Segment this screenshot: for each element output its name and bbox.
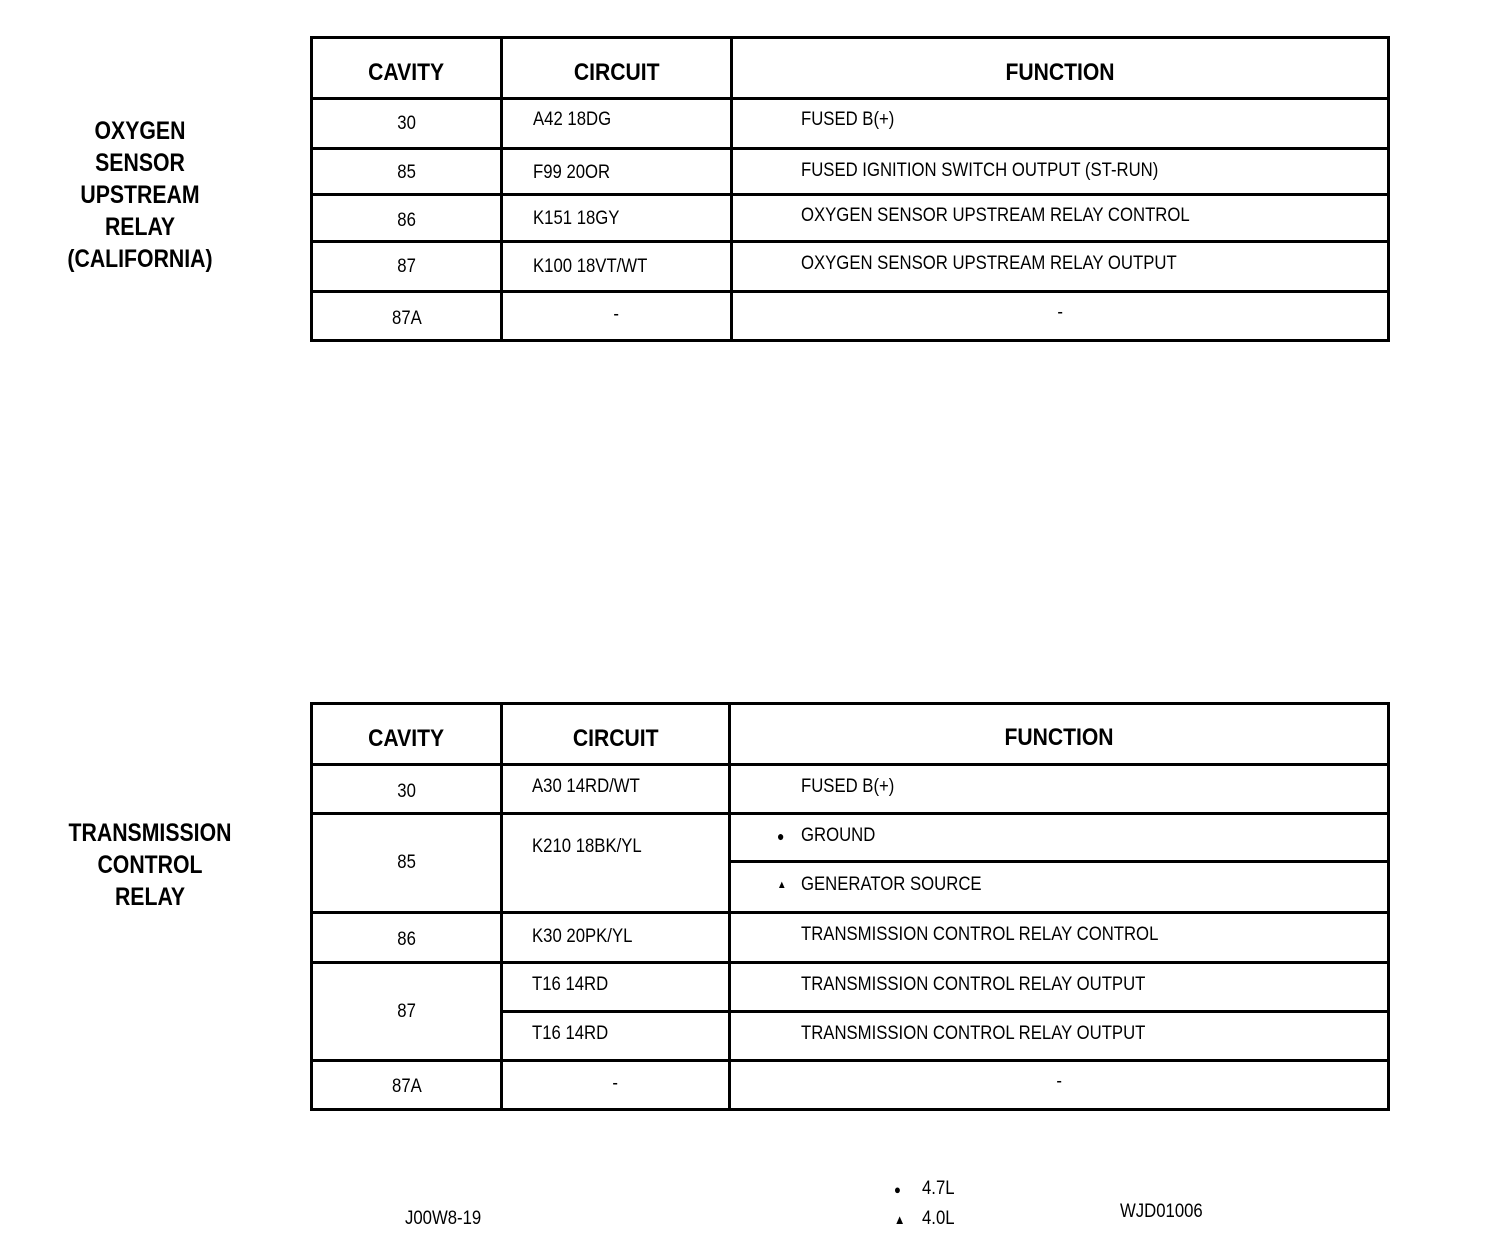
circuit-cell: T16 14RD — [532, 1013, 722, 1055]
function-value: FUSED IGNITION SWITCH OUTPUT (ST-RUN) — [801, 160, 1158, 182]
header-cavity-text: CAVITY — [369, 725, 445, 753]
relay2-table: CAVITY CIRCUIT FUNCTION 30 A30 14RD/WT F… — [310, 702, 1390, 1111]
cavity-value: 30 — [397, 113, 416, 135]
cavity-value: 85 — [397, 852, 416, 874]
cavity-value: 85 — [397, 162, 416, 184]
relay1-table: CAVITY CIRCUIT FUNCTION 30 A42 18DG FUSE… — [310, 36, 1390, 342]
function-cell: ●GROUND — [777, 815, 1377, 857]
cavity-cell: 87A — [313, 293, 500, 345]
cavity-value: 86 — [397, 929, 416, 951]
function-cell: FUSED B(+) — [801, 100, 1381, 140]
circuit-cell: K151 18GY — [533, 196, 723, 241]
function-cell: TRANSMISSION CONTROL RELAY CONTROL — [777, 914, 1377, 956]
footer-left-code-text: J00W8-19 — [405, 1208, 481, 1230]
circuit-cell: A30 14RD/WT — [532, 766, 722, 808]
circuit-cell: T16 14RD — [532, 964, 722, 1006]
legend-item: ▲4.0L — [894, 1208, 959, 1230]
header-function-text: FUNCTION — [1005, 59, 1114, 87]
legend-label: 4.0L — [922, 1208, 955, 1230]
circuit-value: K210 18BK/YL — [532, 836, 642, 858]
circle-icon: ● — [777, 828, 798, 844]
header-function: FUNCTION — [731, 705, 1387, 771]
cavity-cell: 86 — [313, 196, 500, 246]
function-cell: FUSED B(+) — [777, 766, 1377, 808]
circuit-value: - — [613, 1073, 619, 1095]
function-value: - — [1057, 302, 1063, 324]
header-circuit-text: CIRCUIT — [574, 59, 660, 87]
cavity-value: 86 — [397, 210, 416, 232]
header-function-text: FUNCTION — [1004, 724, 1113, 752]
function-value: FUSED B(+) — [801, 776, 894, 798]
header-circuit: CIRCUIT — [503, 705, 728, 773]
circuit-value: K30 20PK/YL — [532, 926, 632, 948]
circuit-value: A30 14RD/WT — [532, 776, 640, 798]
circuit-value: K151 18GY — [533, 208, 619, 230]
cavity-cell: 85 — [313, 150, 500, 196]
function-cell: FUSED IGNITION SWITCH OUTPUT (ST-RUN) — [801, 150, 1381, 192]
circuit-value: - — [614, 304, 620, 326]
function-value: FUSED B(+) — [801, 109, 894, 131]
function-value: TRANSMISSION CONTROL RELAY OUTPUT — [801, 1023, 1145, 1045]
cavity-cell: 85 — [313, 815, 500, 911]
function-cell: TRANSMISSION CONTROL RELAY OUTPUT — [777, 964, 1377, 1006]
function-value: - — [1056, 1071, 1062, 1093]
function-cell: - — [733, 293, 1387, 333]
relay1-title-line: (CALIFORNIA) — [55, 243, 225, 275]
cavity-value: 87 — [397, 1001, 416, 1023]
circuit-cell: K100 18VT/WT — [533, 243, 723, 291]
circuit-value: T16 14RD — [532, 1023, 608, 1045]
legend-label: 4.7L — [922, 1178, 955, 1200]
relay2-title-line: TRANSMISSION — [65, 817, 235, 849]
function-value: GROUND — [801, 825, 875, 847]
header-cavity: CAVITY — [313, 39, 500, 107]
relay2-title-line: RELAY — [65, 881, 235, 913]
function-value: TRANSMISSION CONTROL RELAY CONTROL — [801, 924, 1158, 946]
relay1-title: OXYGEN SENSOR UPSTREAM RELAY (CALIFORNIA… — [55, 115, 225, 275]
triangle-icon: ▲ — [894, 1212, 919, 1227]
cavity-cell: 87 — [313, 964, 500, 1060]
cavity-cell: 87A — [313, 1062, 500, 1112]
relay1-title-line: UPSTREAM — [55, 179, 225, 211]
header-circuit-text: CIRCUIT — [573, 725, 659, 753]
circuit-cell: K30 20PK/YL — [532, 914, 722, 960]
function-cell: OXYGEN SENSOR UPSTREAM RELAY OUTPUT — [801, 243, 1381, 285]
function-value: OXYGEN SENSOR UPSTREAM RELAY CONTROL — [801, 205, 1190, 227]
circuit-value: A42 18DG — [533, 109, 611, 131]
footer-right-code-text: WJD01006 — [1120, 1201, 1203, 1223]
header-function: FUNCTION — [733, 39, 1387, 107]
circuit-value: F99 20OR — [533, 162, 610, 184]
triangle-icon: ▲ — [777, 879, 798, 891]
function-cell: - — [731, 1062, 1387, 1102]
footer-right-code: WJD01006 — [1120, 1201, 1214, 1223]
function-value: OXYGEN SENSOR UPSTREAM RELAY OUTPUT — [801, 253, 1177, 275]
cavity-value: 87A — [392, 308, 422, 330]
header-cavity-text: CAVITY — [369, 59, 445, 87]
relay2-title: TRANSMISSION CONTROL RELAY — [65, 817, 235, 913]
function-value: TRANSMISSION CONTROL RELAY OUTPUT — [801, 974, 1145, 996]
circuit-value: T16 14RD — [532, 974, 608, 996]
function-value: GENERATOR SOURCE — [801, 874, 982, 896]
header-cavity: CAVITY — [313, 705, 500, 773]
relay1-title-line: RELAY — [55, 211, 225, 243]
relay2-title-line: CONTROL — [65, 849, 235, 881]
circuit-value: K100 18VT/WT — [533, 256, 647, 278]
circuit-cell: K210 18BK/YL — [532, 815, 722, 878]
function-cell: TRANSMISSION CONTROL RELAY OUTPUT — [777, 1013, 1377, 1055]
cavity-cell: 30 — [313, 100, 500, 147]
circuit-cell: A42 18DG — [533, 100, 723, 140]
cavity-value: 87 — [397, 256, 416, 278]
header-circuit: CIRCUIT — [503, 39, 730, 107]
cavity-cell: 87 — [313, 243, 500, 291]
legend-item: ●4.7L — [894, 1178, 959, 1200]
footer-left-code: J00W8-19 — [405, 1208, 492, 1230]
function-cell: ▲GENERATOR SOURCE — [777, 863, 1377, 907]
function-cell: OXYGEN SENSOR UPSTREAM RELAY CONTROL — [801, 196, 1381, 236]
circuit-cell: - — [503, 1062, 728, 1106]
cavity-value: 87A — [392, 1076, 422, 1098]
circuit-cell: F99 20OR — [533, 150, 723, 196]
cavity-cell: 30 — [313, 766, 500, 818]
cavity-cell: 86 — [313, 914, 500, 966]
relay1-title-line: OXYGEN — [55, 115, 225, 147]
circle-icon: ● — [894, 1182, 919, 1197]
relay1-title-line: SENSOR — [55, 147, 225, 179]
circuit-cell: - — [503, 293, 730, 337]
cavity-value: 30 — [397, 781, 416, 803]
